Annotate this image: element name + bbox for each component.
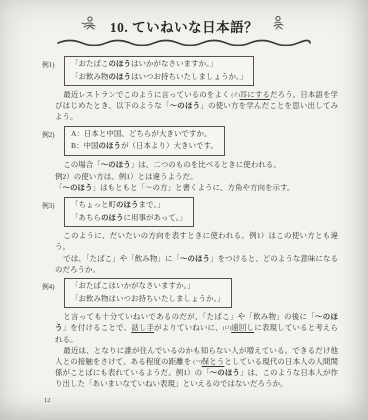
example-sentence: 「お飲み物のほうはいつお持ちいたしましょうか。」 — [71, 71, 247, 84]
text-segment: と言っても十分ていねいであるのだが、「たばこ」や「飲み物」の後に「 — [63, 312, 315, 321]
title-row: 10. ていねいな日本語？ — [0, 0, 368, 37]
text-segment: 「ちょっと町 — [71, 200, 116, 209]
paragraph: このように、だいたいの方向を表すときに使われる。例1）はこの使い方とも違う。 — [55, 231, 338, 253]
text-segment: まで。」 — [139, 200, 165, 209]
text-segment: 「お飲み物はいつお持ちいたしましょうか。」 — [71, 294, 225, 303]
title-wavy-underline — [56, 38, 312, 46]
example-label: 例4) — [42, 278, 64, 291]
example-block: 例1)「おたばこのほうはいかがなさいますか。」「お飲み物のほうはいつお持ちいたし… — [42, 56, 338, 86]
text-segment: 例2）の使い方は、例1）とは違うようだ。 — [55, 172, 198, 181]
page-number: 12 — [44, 397, 51, 404]
example-label: 例1) — [42, 56, 64, 69]
emphasized-text: のほう — [116, 200, 139, 209]
content: 例1)「おたばこのほうはいかがなさいますか。」「お飲み物のほうはいつお持ちいたし… — [0, 46, 368, 390]
paragraph: 最近レストランでこのように言っているのをよく (イ)耳にするだろう。日本語を学び… — [55, 90, 338, 123]
text-segment: が（日本より）大きいです。 — [121, 141, 218, 150]
example-sentence: A：日本と中国、どちらが大きいですか。 — [71, 128, 218, 141]
example-block: 例4)「おたばこはいかがなさいますか。」「お飲み物はいつお持ちいたしましょうか。… — [42, 278, 338, 308]
example-sentence: 「おたばこのほうはいかがなさいますか。」 — [71, 58, 247, 71]
text-segment: B：中国 — [71, 141, 99, 150]
item-marker: (ロ) — [223, 326, 231, 332]
example-label: 例3) — [42, 197, 64, 210]
text-segment: 「あちら — [71, 213, 101, 222]
textbook-page: 10. ていねいな日本語？ 例1)「おたばこのほうはいかがなさいますか。」「お飲… — [0, 0, 368, 420]
text-segment: このように、だいたいの方向を表すときに使われる。例1）はこの使い方とも違う。 — [55, 231, 338, 251]
example-label: 例2) — [42, 126, 64, 139]
text-segment: 「おたばこ — [71, 59, 109, 68]
example-box: A：日本と中国、どちらが大きいですか。B：中国のほうが（日本より）大きいです。 — [64, 126, 225, 156]
underlined-term: 話し手 — [131, 323, 154, 332]
text-segment: はいつお持ちいたしましょうか。」 — [131, 72, 247, 81]
paragraph: 「〜のほう」はもともと「〜の方」と書くように、方角や方向を示す。 — [55, 183, 338, 194]
paragraph: と言っても十分ていねいであるのだが、「たばこ」や「飲み物」の後に「〜のほう」を付… — [55, 312, 338, 345]
text-segment: 」はもともと「〜の方」と書くように、方角や方向を示す。 — [93, 183, 295, 192]
paragraph: 最近は、となりに誰が住んでいるのかも知らない人が増えている。できるだけ他人との接… — [55, 346, 338, 390]
example-box: 「おたばこのほうはいかがなさいますか。」「お飲み物のほうはいつお持ちいたしましょ… — [64, 56, 254, 86]
text-segment: では、「たばこ」や「飲み物」に「 — [63, 254, 180, 263]
text-segment: 」を付けることで、 — [63, 323, 132, 332]
example-sentence: 「あちらのほうに用事があって。」 — [71, 212, 187, 225]
text-segment: A：日本と中国、どちらが大きいですか。 — [71, 129, 211, 138]
paragraph: 例2）の使い方は、例1）とは違うようだ。 — [55, 172, 338, 183]
text-segment: はいかがなさいますか。」 — [131, 59, 217, 68]
emphasized-text: 〜のほう — [63, 183, 93, 192]
paragraph: では、「たばこ」や「飲み物」に「〜のほう」をつけると、どのような意味になるのだろ… — [55, 254, 338, 276]
text-segment: この場合「 — [63, 160, 101, 169]
underlined-term: 耳にする — [240, 90, 270, 99]
decorative-figure-icon — [81, 15, 98, 37]
text-segment: に用事があって。」 — [124, 213, 188, 222]
emphasized-text: 〜のほう — [180, 254, 210, 263]
underlined-term: 保とう — [202, 357, 225, 366]
example-sentence: 「ちょっと町のほうまで。」 — [71, 199, 187, 212]
example-sentence: 「お飲み物はいつお持ちいたしましょうか。」 — [71, 293, 225, 306]
example-block: 例2)A：日本と中国、どちらが大きいですか。B：中国のほうが（日本より）大きいで… — [42, 126, 338, 156]
emphasized-text: 〜のほう — [101, 160, 131, 169]
emphasized-text: のほう — [99, 141, 122, 150]
decorative-figure-icon — [270, 15, 287, 37]
example-box: 「おたばこはいかがなさいますか。」「お飲み物はいつお持ちいたしましょうか。」 — [64, 278, 232, 308]
text-segment: がよりていねいに、 — [154, 323, 223, 332]
emphasized-text: 〜のほう — [210, 368, 240, 377]
paragraph: この場合「〜のほう」は、二つのものを比べるときに使われる。 — [55, 160, 338, 171]
example-block: 例3)「ちょっと町のほうまで。」「あちらのほうに用事があって。」 — [42, 197, 338, 227]
item-marker: (ハ) — [193, 360, 201, 366]
emphasized-text: のほう — [109, 59, 132, 68]
underlined-term: 遠回し — [231, 323, 254, 332]
text-segment: 「 — [55, 183, 63, 192]
example-sentence: B：中国のほうが（日本より）大きいです。 — [71, 140, 218, 153]
example-box: 「ちょっと町のほうまで。」「あちらのほうに用事があって。」 — [64, 197, 194, 227]
emphasized-text: のほう — [101, 213, 124, 222]
page-title: 10. ていねいな日本語？ — [110, 16, 258, 36]
emphasized-text: 〜のほう — [170, 101, 201, 110]
text-segment: 「おたばこはいかがなさいますか。」 — [71, 281, 195, 290]
text-segment: 」は、二つのものを比べるときに使われる。 — [131, 160, 281, 169]
emphasized-text: のほう — [109, 72, 132, 81]
item-marker: (イ) — [231, 93, 239, 99]
text-segment: 最近レストランでこのように言っているのをよく — [63, 90, 231, 99]
text-segment: 「お飲み物 — [71, 72, 109, 81]
example-sentence: 「おたばこはいかがなさいますか。」 — [71, 280, 225, 293]
